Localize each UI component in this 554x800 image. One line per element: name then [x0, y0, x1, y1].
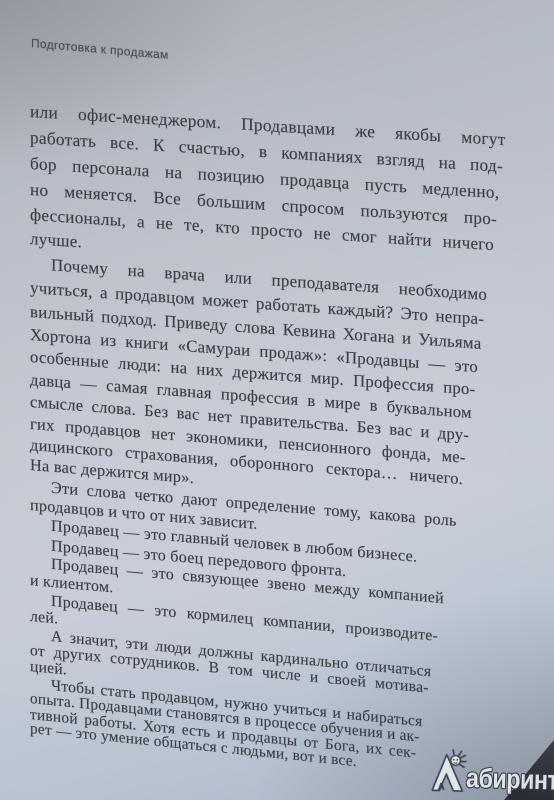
body-text: или офис-менеджером. Продавцами же якобы… [30, 98, 516, 736]
book-page-photo: Подготовка к продажам или офис-менеджеро… [0, 0, 554, 800]
text-line-content: лучше. [30, 227, 82, 255]
labirint-logo-icon: А [432, 747, 470, 793]
watermark-text: абиринт [466, 765, 554, 795]
running-head: Подготовка к продажам [31, 36, 169, 62]
labirint-watermark: А абиринт [432, 747, 554, 796]
svg-text:А: А [437, 781, 444, 792]
